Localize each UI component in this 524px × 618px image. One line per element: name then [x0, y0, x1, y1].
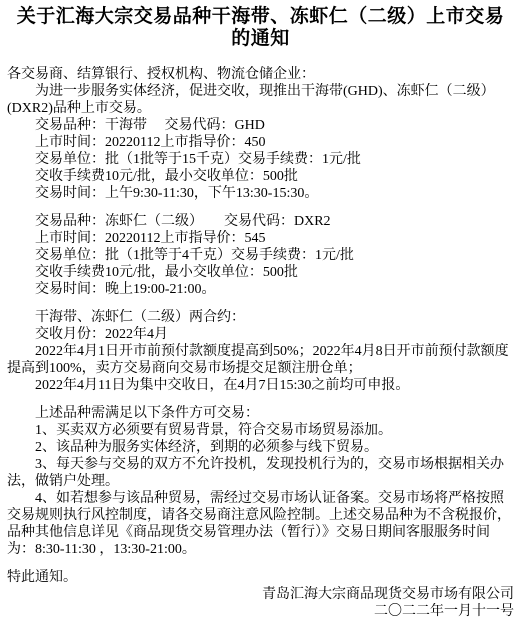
signature-line: 二〇二二年一月十一号: [7, 603, 514, 618]
text-line: 交收月份：2022年4月: [7, 326, 514, 343]
blank-line: [7, 394, 514, 405]
text-line: 交易规则执行风控制度，请各交易商注意风险控制。上述交易品种为不含税报价，: [7, 507, 514, 524]
text-line: 1、买卖双方必须要有贸易背景，符合交易市场贸易添加。: [7, 422, 514, 439]
text-line: 交易单位：批（1批等于4千克）交易手续费：1元/批: [7, 247, 514, 264]
text-line: 提高到100%，卖方交易商向交易市场提交足额注册仓单；: [7, 360, 514, 377]
text-line: 品种其他信息详见《商品现货交易管理办法（暂行）》交易日期间客服服务时间: [7, 524, 514, 541]
text-line: 上市时间：20220112上市指导价：545: [7, 230, 514, 247]
text-line: 交易单位：批（1批等于15千克）交易手续费：1元/批: [7, 151, 514, 168]
text-line: 2022年4月1日开市前预付款额度提高到50%；2022年4月8日开市前预付款额…: [7, 343, 514, 360]
text-line: 交易品种：冻虾仁（二级） 交易代码：DXR2: [7, 213, 514, 230]
text-line: 上市时间：20220112上市指导价：450: [7, 134, 514, 151]
notice-title: 关于汇海大宗交易品种干海带、冻虾仁（二级）上市交易 的通知: [7, 6, 514, 50]
blank-line: [7, 558, 514, 569]
notice-document: 关于汇海大宗交易品种干海带、冻虾仁（二级）上市交易 的通知 各交易商、结算银行、…: [0, 0, 524, 618]
title-line-1: 关于汇海大宗交易品种干海带、冻虾仁（二级）上市交易: [7, 6, 514, 28]
text-line: 上述品种需满足以下条件方可交易：: [7, 405, 514, 422]
text-line: 2022年4月11日为集中交收日，在4月7日15:30之前均可申报。: [7, 377, 514, 394]
text-line: 各交易商、结算银行、授权机构、物流仓储企业：: [7, 66, 514, 83]
text-line: 交收手续费10元/批，最小交收单位：500批: [7, 264, 514, 281]
text-line: 交易时间：上午9:30-11:30，下午13:30-15:30。: [7, 185, 514, 202]
text-line: 干海带、冻虾仁（二级）两合约：: [7, 309, 514, 326]
signature-line: 青岛汇海大宗商品现货交易市场有限公司: [7, 586, 514, 603]
text-line: 4、如若想参与该品种贸易，需经过交易市场认证备案。交易市场将严格按照: [7, 490, 514, 507]
text-line: 交易时间：晚上19:00-21:00。: [7, 281, 514, 298]
text-line: 交易品种：干海带 交易代码：GHD: [7, 117, 514, 134]
blank-line: [7, 202, 514, 213]
text-line: 3、每天参与交易的双方不允许投机，发现投机行为的，交易市场根据相关办: [7, 456, 514, 473]
notice-body: 各交易商、结算银行、授权机构、物流仓储企业：为进一步服务实体经济，促进交收，现推…: [7, 66, 514, 618]
text-line: 2、该品种为服务实体经济，到期的必须参与线下贸易。: [7, 439, 514, 456]
text-line: 为：8:30-11:30 ，13:30-21:00。: [7, 541, 514, 558]
text-line: 法，做销户处理。: [7, 473, 514, 490]
text-line: 为进一步服务实体经济，促进交收，现推出干海带(GHD)、冻虾仁（二级）: [7, 83, 514, 100]
title-line-2: 的通知: [7, 28, 514, 50]
blank-line: [7, 298, 514, 309]
text-line: 特此通知。: [7, 569, 514, 586]
text-line: (DXR2)品种上市交易。: [7, 100, 514, 117]
text-line: 交收手续费10元/批，最小交收单位：500批: [7, 168, 514, 185]
